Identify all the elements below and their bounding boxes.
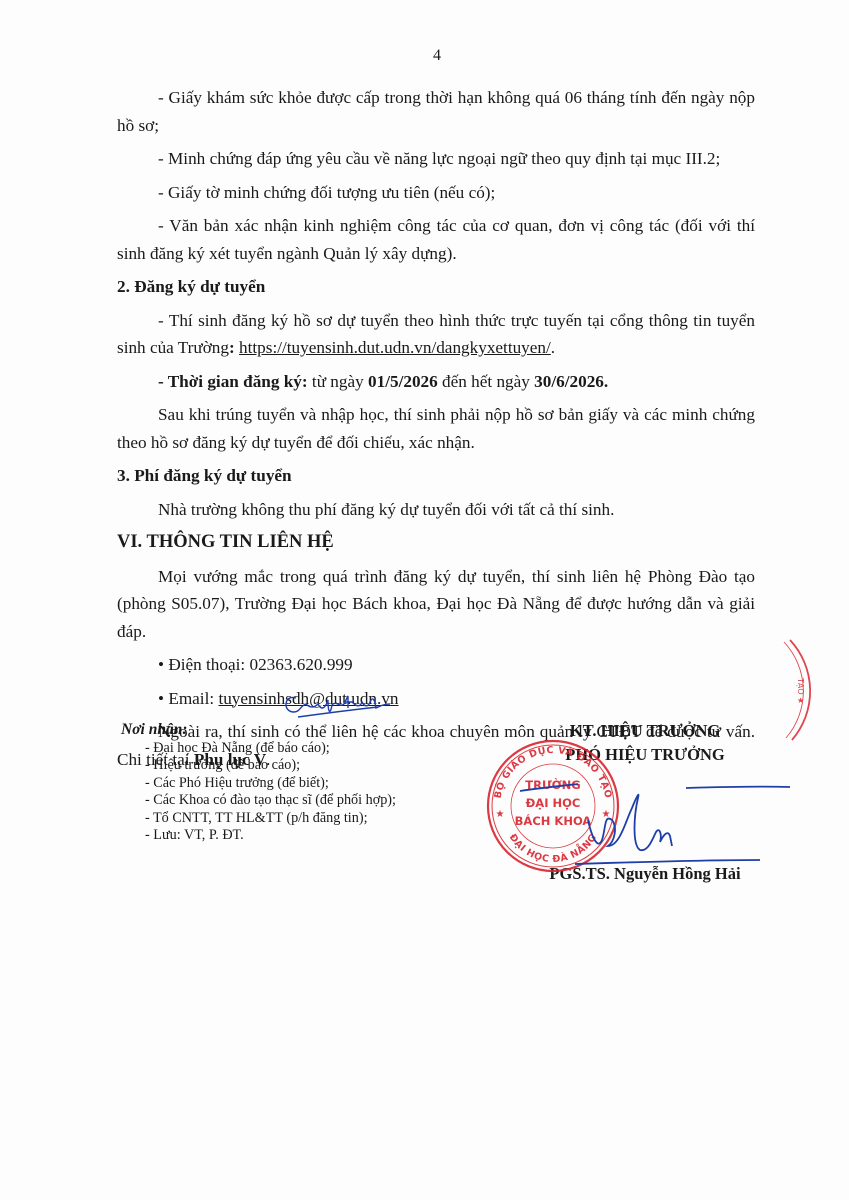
- date-start: 01/5/2026: [368, 372, 438, 391]
- signature-title-line1: KT. HIỆU TRƯỞNG: [500, 719, 790, 743]
- recipient-item: - Các Khoa có đào tạo thạc sĩ (để phối h…: [145, 792, 396, 810]
- stamp-center-line3: BÁCH KHOA: [515, 813, 592, 828]
- handwritten-signature: [520, 784, 790, 864]
- document-body: - Giấy khám sức khỏe được cấp trong thời…: [117, 84, 755, 779]
- doc-item-health-certificate: - Giấy khám sức khỏe được cấp trong thời…: [117, 84, 755, 139]
- recipient-item: - Lưu: VT, P. ĐT.: [145, 827, 396, 845]
- online-registration-text: - Thí sinh đăng ký hồ sơ dự tuyển theo h…: [117, 307, 755, 362]
- recipients-block: Nơi nhận: - Đại học Đà Nẵng (để báo cáo)…: [121, 721, 396, 845]
- recipients-title: Nơi nhận:: [121, 721, 396, 739]
- stamp-star-icon: ★: [797, 696, 804, 705]
- stamp-center-line1: TRƯỜNG: [525, 777, 580, 792]
- stamp-center-line2: ĐẠI HỌC: [526, 796, 581, 810]
- section-2-heading: 2. Đăng ký dự tuyển: [117, 273, 755, 301]
- recipients-list: - Đại học Đà Nẵng (để báo cáo); - Hiệu t…: [121, 740, 396, 845]
- section-3-heading: 3. Phí đăng ký dự tuyển: [117, 462, 755, 490]
- signature-title-line2: PHÓ HIỆU TRƯỞNG: [500, 743, 790, 767]
- recipient-item: - Hiệu trưởng (để báo cáo);: [145, 757, 396, 775]
- after-admission-note: Sau khi trúng tuyển và nhập học, thí sin…: [117, 401, 755, 456]
- doc-item-language-proof: - Minh chứng đáp ứng yêu cầu về năng lực…: [117, 145, 755, 173]
- doc-item-priority-proof: - Giấy tờ minh chứng đối tượng ưu tiên (…: [117, 179, 755, 207]
- stamp-star-icon: ★: [602, 809, 611, 820]
- contact-email: • Email: tuyensinhsdh@dut.udn.vn: [117, 685, 755, 713]
- doc-item-work-experience: - Văn bản xác nhận kinh nghiệm công tác …: [117, 212, 755, 267]
- registration-period: - Thời gian đăng ký: từ ngày 01/5/2026 đ…: [117, 368, 755, 396]
- registration-link[interactable]: https://tuyensinh.dut.udn.vn/dangkyxettu…: [239, 338, 551, 357]
- signer-name: PGS.TS. Nguyễn Hồng Hải: [500, 864, 790, 884]
- signature-title-block: KT. HIỆU TRƯỞNG PHÓ HIỆU TRƯỞNG: [500, 719, 790, 767]
- partial-stamp-text: TẠO: [795, 677, 805, 695]
- fee-text: Nhà trường không thu phí đăng ký dự tuyể…: [117, 496, 755, 524]
- phone-number: 02363.620.999: [249, 655, 352, 674]
- email-link[interactable]: tuyensinhsdh@dut.udn.vn: [218, 689, 398, 708]
- recipient-item: - Đại học Đà Nẵng (để báo cáo);: [145, 740, 396, 758]
- page-number: 4: [0, 47, 849, 65]
- section-6-heading: VI. THÔNG TIN LIÊN HỆ: [117, 529, 755, 557]
- recipient-item: - Các Phó Hiệu trưởng (để biết);: [145, 775, 396, 793]
- stamp-bottom-text: ĐẠI HỌC ĐÀ NẴNG: [507, 832, 599, 865]
- recipient-item: - Tổ CNTT, TT HL&TT (p/h đăng tin);: [145, 810, 396, 828]
- stamp-star-icon: ★: [496, 809, 505, 820]
- svg-text:ĐẠI HỌC ĐÀ NẴNG: ĐẠI HỌC ĐÀ NẴNG: [507, 832, 599, 865]
- contact-intro: Mọi vướng mắc trong quá trình đăng ký dự…: [117, 563, 755, 646]
- date-end: 30/6/2026.: [534, 372, 608, 391]
- contact-phone: • Điện thoại: 02363.620.999: [117, 651, 755, 679]
